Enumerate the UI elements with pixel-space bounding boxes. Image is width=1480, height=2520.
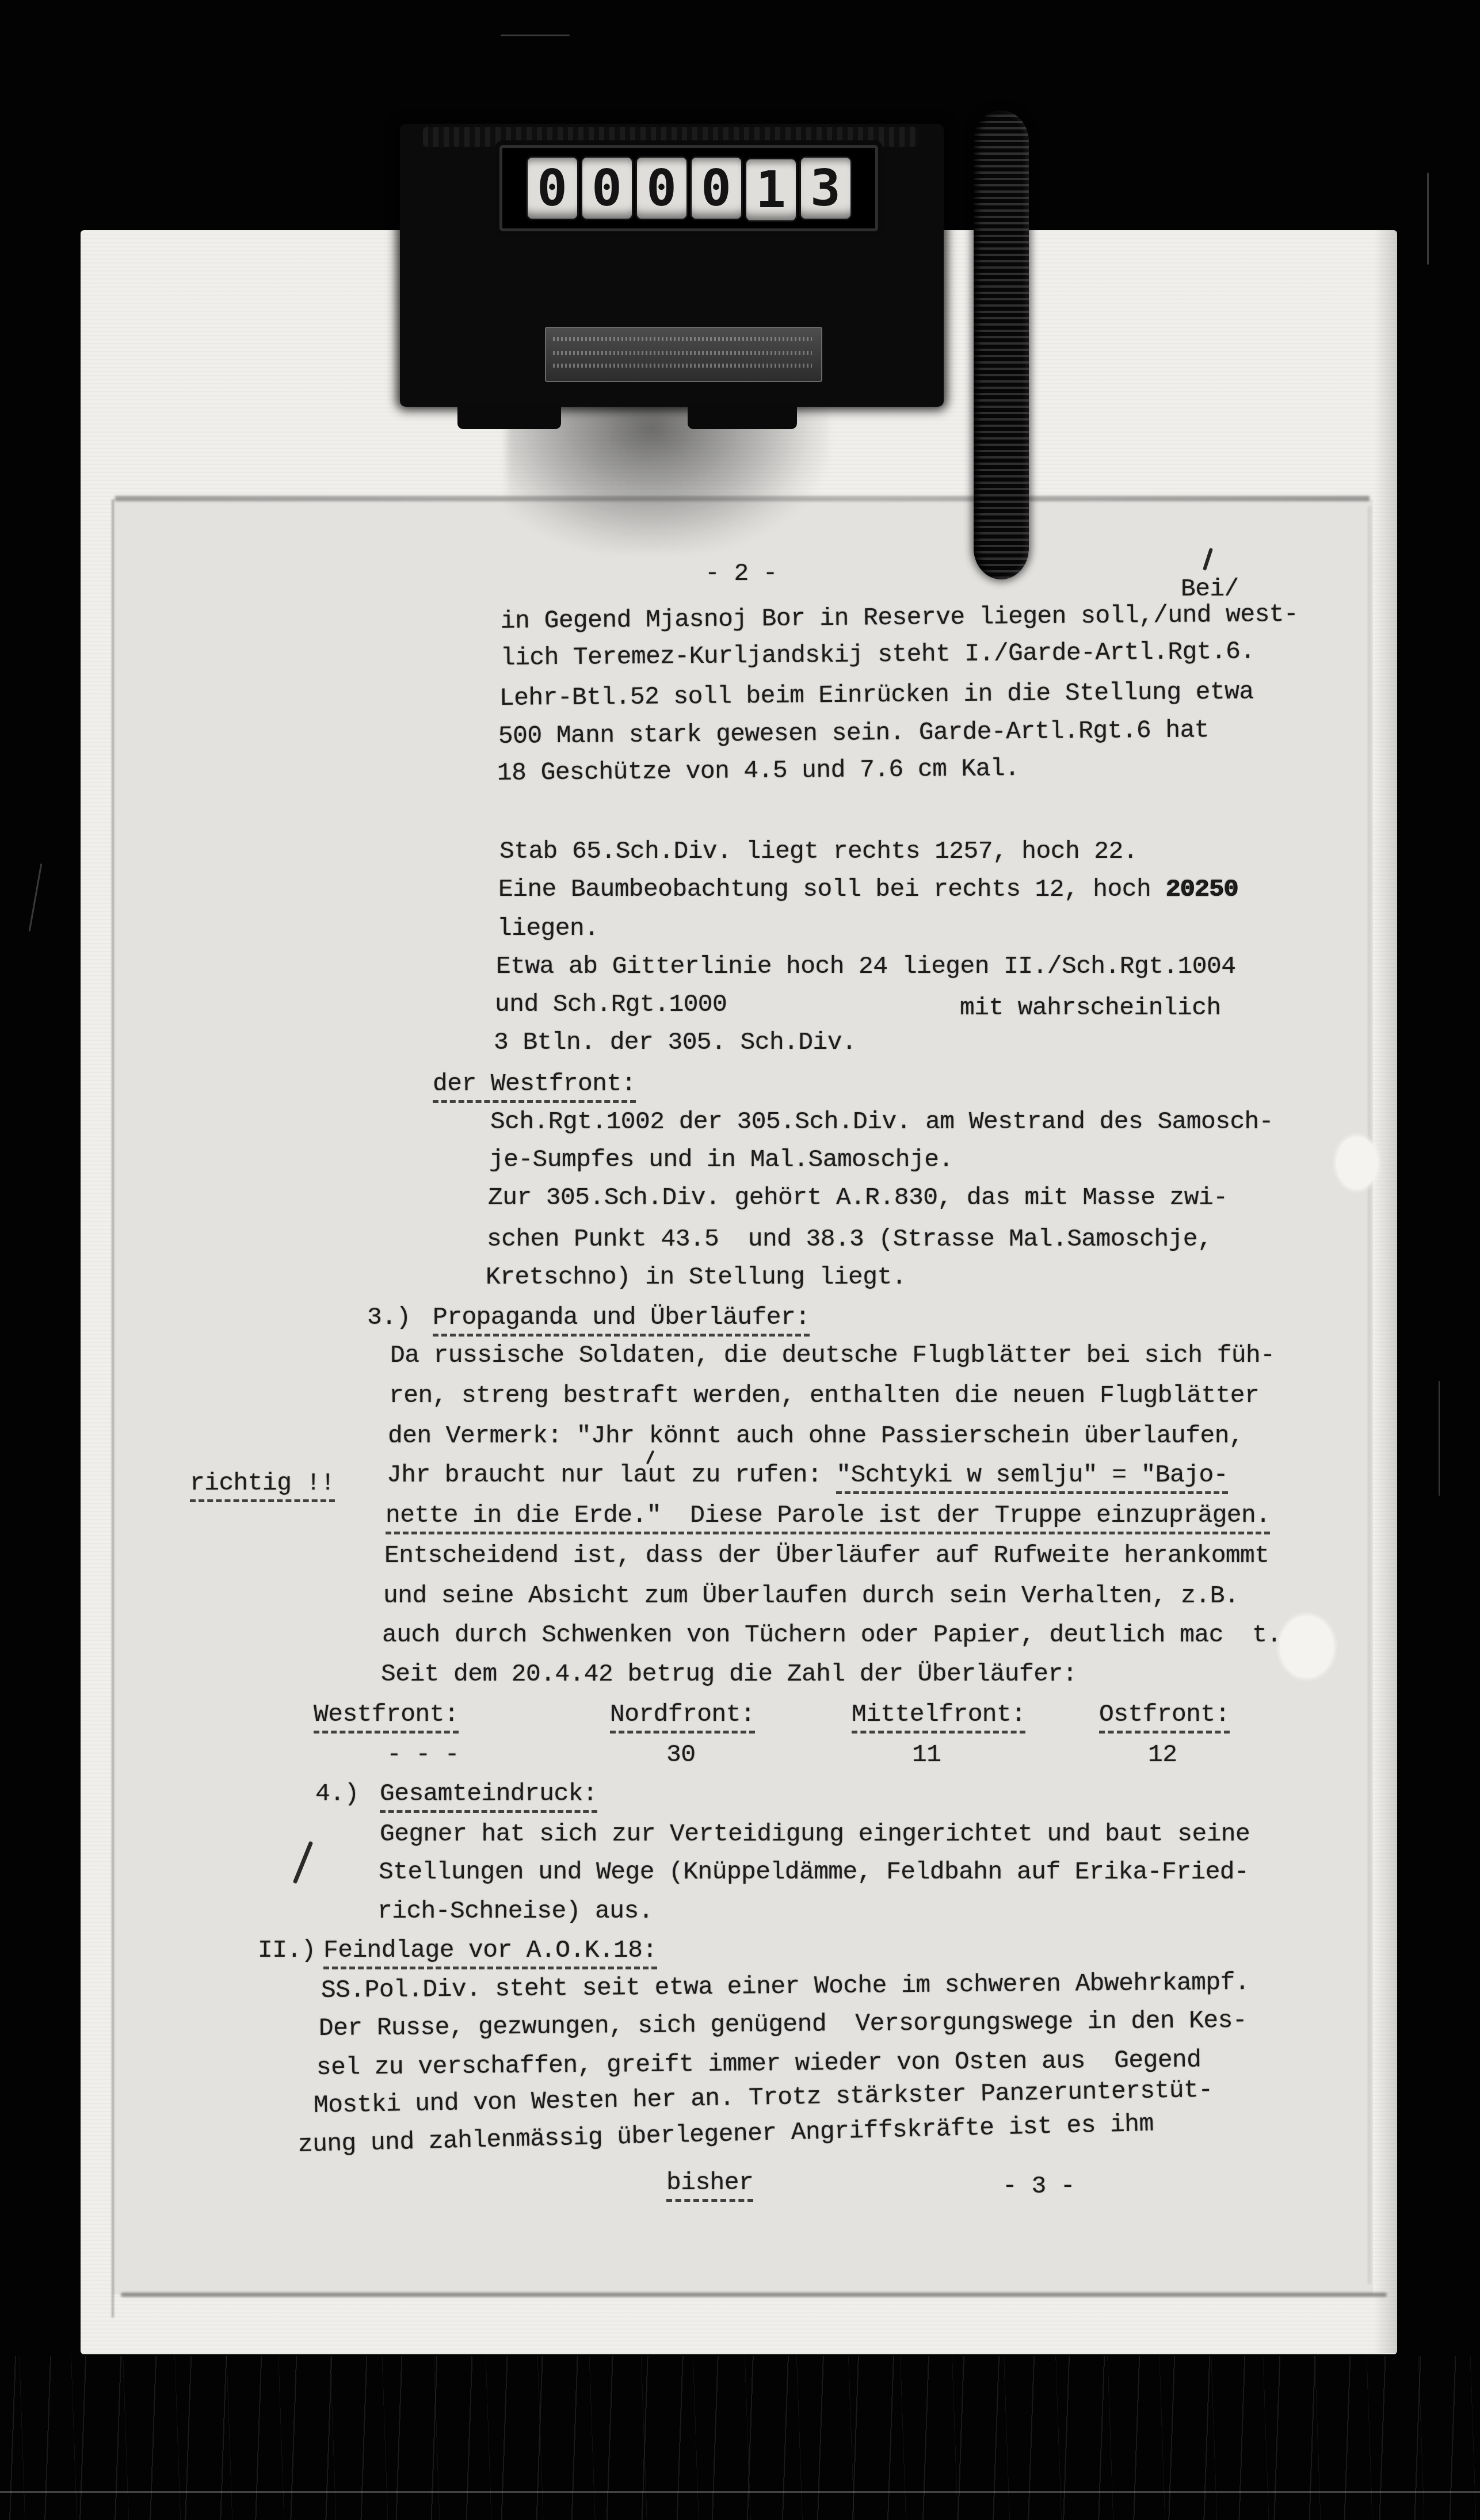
next-page-number: - 3 - [1002,2174,1075,2198]
section-heading-westfront: der Westfront: [433,1071,636,1096]
typed-line: Stab 65.Sch.Div. liegt rechts 1257, hoch… [499,839,1138,864]
table-value-nordfront: 30 [666,1742,695,1767]
section-heading-gesamteindruck: Gesamteindruck: [380,1781,597,1806]
typed-line: Sch.Rgt.1002 der 305.Sch.Div. am Westran… [490,1109,1273,1134]
table-header-nordfront: Nordfront: [610,1702,755,1727]
handwritten-insert-note: Bei/ [1181,576,1239,601]
typed-line-right-segment: mit wahrscheinlich [960,995,1221,1020]
typed-line: sel zu verschaffen, greift immer wieder … [316,2048,1201,2080]
typed-line: rich-Schneise) aus. [377,1899,653,1923]
table-value-westfront: - - - [387,1742,459,1767]
typed-line: ren, streng bestraft werden, enthalten d… [389,1383,1259,1408]
typed-line: 18 Geschütze von 4.5 und 7.6 cm Kal. [497,756,1020,785]
typed-line: nette in die Erde." Diese Parole ist der… [386,1503,1270,1528]
page-number: - 2 - [705,561,777,586]
paper-hole [1336,1136,1378,1189]
paper-hole [1280,1616,1334,1678]
header-text: Nordfront: [610,1700,755,1734]
typed-line: und Sch.Rgt.1000 [495,992,727,1017]
catchword-text: bisher [666,2168,753,2202]
table-header-ostfront: Ostfront: [1099,1702,1230,1727]
typed-line-segment: Eine Baumbeobachtung soll bei rechts 12,… [498,875,1165,903]
header-text: Westfront: [314,1700,459,1734]
typed-line: liegen. [497,916,598,941]
heading-text: der Westfront: [433,1070,636,1103]
typed-line: zung und zahlenmässig überlegener Angrif… [297,2112,1154,2157]
section-number: II.) [258,1938,316,1962]
typed-line: Jhr braucht nur laut zu rufen: "Schtyki … [387,1463,1228,1487]
typed-line: Stellungen und Wege (Knüppeldämme, Feldb… [379,1860,1249,1884]
typed-line: schen Punkt 43.5 und 38.3 (Strasse Mal.S… [487,1227,1212,1251]
typed-line: Entscheidend ist, dass der Überläufer au… [384,1543,1269,1568]
catchword: bisher [666,2170,753,2195]
typed-line-segment: Jhr braucht nur laut zu rufen: [387,1461,836,1489]
table-value-ostfront: 12 [1148,1742,1177,1767]
table-header-mittelfront: Mittelfront: [852,1702,1025,1727]
typed-line: Seit dem 20.4.42 betrug die Zahl der Übe… [381,1662,1077,1686]
margin-note-text: richtig !! [190,1469,335,1502]
typed-line: Zur 305.Sch.Div. gehört A.R.830, das mit… [488,1185,1227,1210]
underlined-slogan: "Schtyki w semlju" = "Bajo- [836,1461,1228,1494]
section-heading-propaganda: Propaganda und Überläufer: [433,1305,810,1330]
heading-text: Gesamteindruck: [380,1780,597,1813]
film-scratch-line [0,2491,1480,2493]
typed-line: Kretschno) in Stellung liegt. [486,1265,906,1289]
table-value-mittelfront: 11 [912,1742,941,1767]
film-scratch-strip [0,2356,1480,2520]
typed-line: SS.Pol.Div. steht seit etwa einer Woche … [321,1970,1249,2003]
section-heading-feindlage: Feindlage vor A.O.K.18: [323,1938,657,1962]
typed-line: Eine Baumbeobachtung soll bei rechts 12,… [498,877,1238,902]
section-number: 3.) [367,1305,411,1330]
header-text: Ostfront: [1099,1700,1230,1734]
typed-line: lich Teremez-Kurljandskij steht I./Garde… [501,639,1255,670]
typed-line: und seine Absicht zum Überlaufen durch s… [383,1583,1239,1608]
typed-line: je-Sumpfes und in Mal.Samoschje. [489,1147,953,1172]
typed-line: 3 Btln. der 305. Sch.Div. [494,1030,856,1055]
overstruck-grid-value: 20250 [1165,875,1238,903]
typed-line: Etwa ab Gitterlinie hoch 24 liegen II./S… [496,954,1235,979]
section-number: 4.) [315,1781,359,1806]
heading-text: Propaganda und Überläufer: [433,1303,810,1337]
typed-line: Da russische Soldaten, die deutsche Flug… [390,1343,1275,1368]
typed-text-layer: - 2 - Bei/ in Gegend Mjasnoj Bor in Rese… [0,0,1480,2520]
typed-line: Der Russe, gezwungen, sich genügend Vers… [319,2008,1247,2041]
header-text: Mittelfront: [852,1700,1025,1734]
underlined-slogan: nette in die Erde." Diese Parole ist der… [386,1501,1270,1534]
typed-line: Lehr-Btl.52 soll beim Einrücken in die S… [499,679,1254,711]
microfilm-frame: 0 0 0 0 1 3 - 2 - Bei/ in Gegend Mjasnoj… [0,0,1480,2520]
typed-line: in Gegend Mjasnoj Bor in Reserve liegen … [501,602,1299,633]
table-header-westfront: Westfront: [314,1702,459,1727]
typed-line: auch durch Schwenken von Tüchern oder Pa… [382,1622,1281,1647]
typed-line: 500 Mann stark gewesen sein. Garde-Artl.… [498,717,1209,749]
heading-text: Feindlage vor A.O.K.18: [323,1936,657,1969]
typed-line: den Vermerk: "Jhr könnt auch ohne Passie… [388,1423,1243,1448]
typed-line: Gegner hat sich zur Verteidigung eingeri… [380,1822,1250,1846]
margin-note: richtig !! [190,1471,335,1495]
